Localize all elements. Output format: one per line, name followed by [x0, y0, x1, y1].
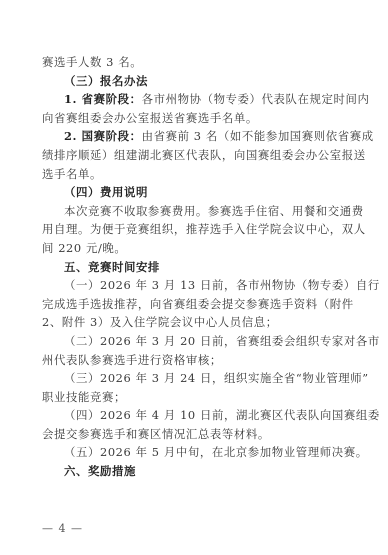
- paragraph-line: 2、附件 3）及入住学院会议中心人员信息；: [42, 313, 348, 332]
- paragraph-line: （二）2026 年 3 月 20 日前，省赛组委会组织专家对各市: [42, 332, 348, 351]
- paragraph-line: 职业技能竞赛；: [42, 388, 348, 407]
- label-national-stage: 2. 国赛阶段：: [64, 129, 142, 143]
- paragraph-line: 完成选手选拔推荐，向省赛组委会提交参赛选手资料（附件: [42, 295, 348, 314]
- paragraph-line: 用自理。为便于竞赛组织，推荐选手入住学院会议中心，双人: [42, 220, 348, 239]
- paragraph-line: 间 220 元/晚。: [42, 239, 348, 258]
- paragraph-line: （一）2026 年 3 月 13 日前，各市州物协（物专委）自行: [42, 276, 348, 295]
- document-page: 赛选手人数 3 名。 （三）报名办法 1. 省赛阶段：各市州物协（物专委）代表队…: [42, 53, 348, 481]
- paragraph-line: （四）2026 年 4 月 10 日前，湖北赛区代表队向国赛组委: [42, 406, 348, 425]
- paragraph-line: 绩排序顺延）组建湖北赛区代表队，向国赛组委会办公室报送: [42, 146, 348, 165]
- section-heading-registration: （三）报名办法: [42, 72, 348, 91]
- label-provincial-stage: 1. 省赛阶段：: [64, 92, 142, 106]
- paragraph-line: 1. 省赛阶段：各市州物协（物专委）代表队在规定时间内: [42, 90, 348, 109]
- paragraph-line: 会提交参赛选手和赛区情况汇总表等材料。: [42, 425, 348, 444]
- paragraph-line: 赛选手人数 3 名。: [42, 53, 348, 72]
- paragraph-line: 2. 国赛阶段：由省赛前 3 名（如不能参加国赛则依省赛成: [42, 127, 348, 146]
- section-heading-fees: （四）费用说明: [42, 183, 348, 202]
- paragraph-line: 选手名单。: [42, 165, 348, 184]
- text: 各市州物协（物专委）代表队在规定时间内: [142, 92, 370, 106]
- section-heading-schedule: 五、竞赛时间安排: [42, 258, 348, 277]
- paragraph-line: 州代表队参赛选手进行资格审核；: [42, 351, 348, 370]
- page-number: — 4 —: [42, 522, 83, 535]
- paragraph-line: （五）2026 年 5 月中旬，在北京参加物业管理师决赛。: [42, 443, 348, 462]
- paragraph-line: （三）2026 年 3 月 24 日，组织实施全省“物业管理师”: [42, 369, 348, 388]
- paragraph-line: 本次竞赛不收取参赛费用。参赛选手住宿、用餐和交通费: [42, 202, 348, 221]
- section-heading-rewards: 六、奖励措施: [42, 462, 348, 481]
- paragraph-line: 向省赛组委会办公室报送省赛选手名单。: [42, 109, 348, 128]
- text: 由省赛前 3 名（如不能参加国赛则依省赛成: [142, 129, 374, 143]
